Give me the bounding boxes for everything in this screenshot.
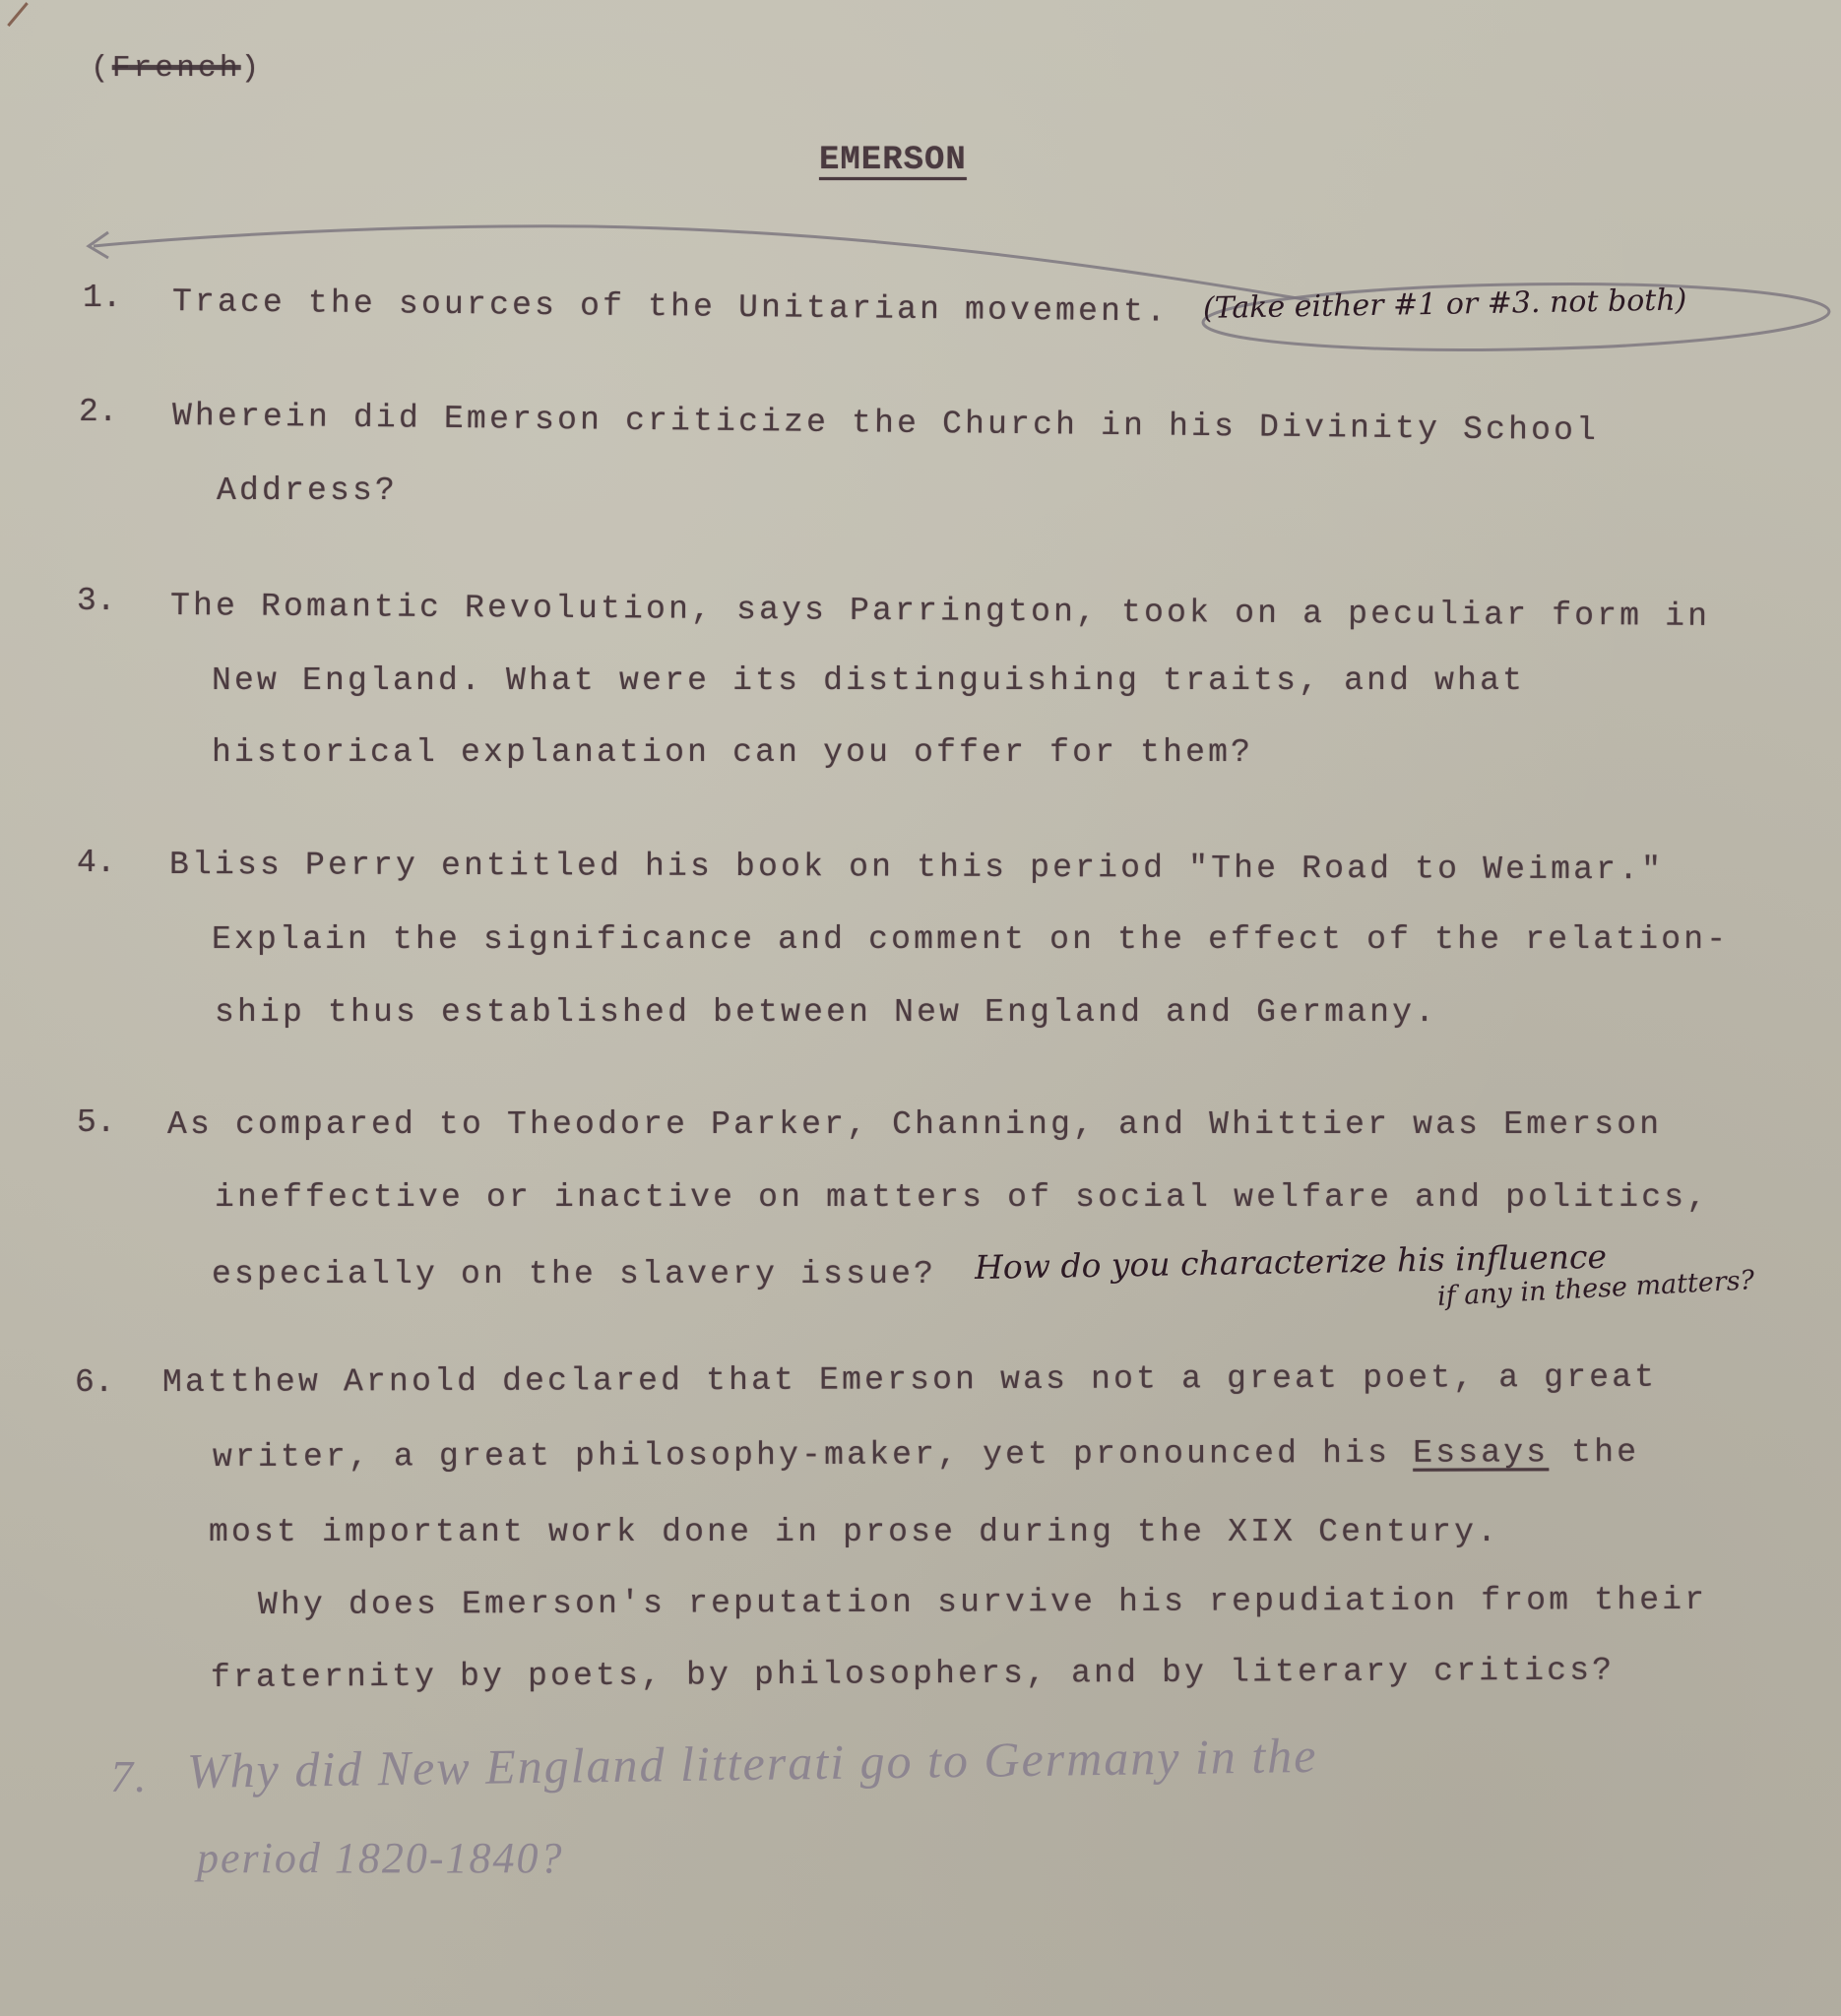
question-6-line-4: Why does Emerson's reputation survive hi… (258, 1582, 1707, 1623)
question-5-number: 5. (77, 1104, 116, 1141)
question-3-line-2: New England. What were its distinguishin… (212, 662, 1525, 699)
question-4-line-2: Explain the significance and comment on … (212, 921, 1729, 958)
question-2-number: 2. (79, 394, 118, 430)
question-4-line-3: ship thus established between New Englan… (215, 994, 1437, 1031)
question-3-line-3: historical explanation can you offer for… (212, 734, 1253, 771)
question-6-line-2: writer, a great philosophy-maker, yet pr… (213, 1434, 1639, 1476)
question-1-number: 1. (83, 280, 122, 316)
question-6-number: 6. (75, 1364, 114, 1401)
question-5-line-2: ineffective or inactive on matters of so… (215, 1179, 1709, 1216)
question-7-line-2: period 1820-1840? (197, 1833, 564, 1883)
question-5-line-1: As compared to Theodore Parker, Channing… (167, 1106, 1662, 1143)
question-3-number: 3. (77, 583, 116, 619)
question-6-line-5: fraternity by poets, by philosophers, an… (211, 1653, 1615, 1696)
question-7-number: 7. (110, 1750, 149, 1802)
question-2-line-2: Address? (217, 472, 398, 509)
question-4-number: 4. (77, 845, 116, 881)
essays-underlined-title: Essays (1413, 1434, 1549, 1471)
question-4-line-1: Bliss Perry entitled his book on this pe… (169, 847, 1664, 888)
question-6-line-2-tail: the (1571, 1434, 1639, 1471)
question-6-line-2-text: writer, a great philosophy-maker, yet pr… (213, 1435, 1390, 1476)
question-6-line-3: most important work done in prose during… (209, 1514, 1499, 1550)
question-5-line-3: especially on the slavery issue? (212, 1256, 936, 1292)
question-6-line-1: Matthew Arnold declared that Emerson was… (162, 1359, 1657, 1401)
